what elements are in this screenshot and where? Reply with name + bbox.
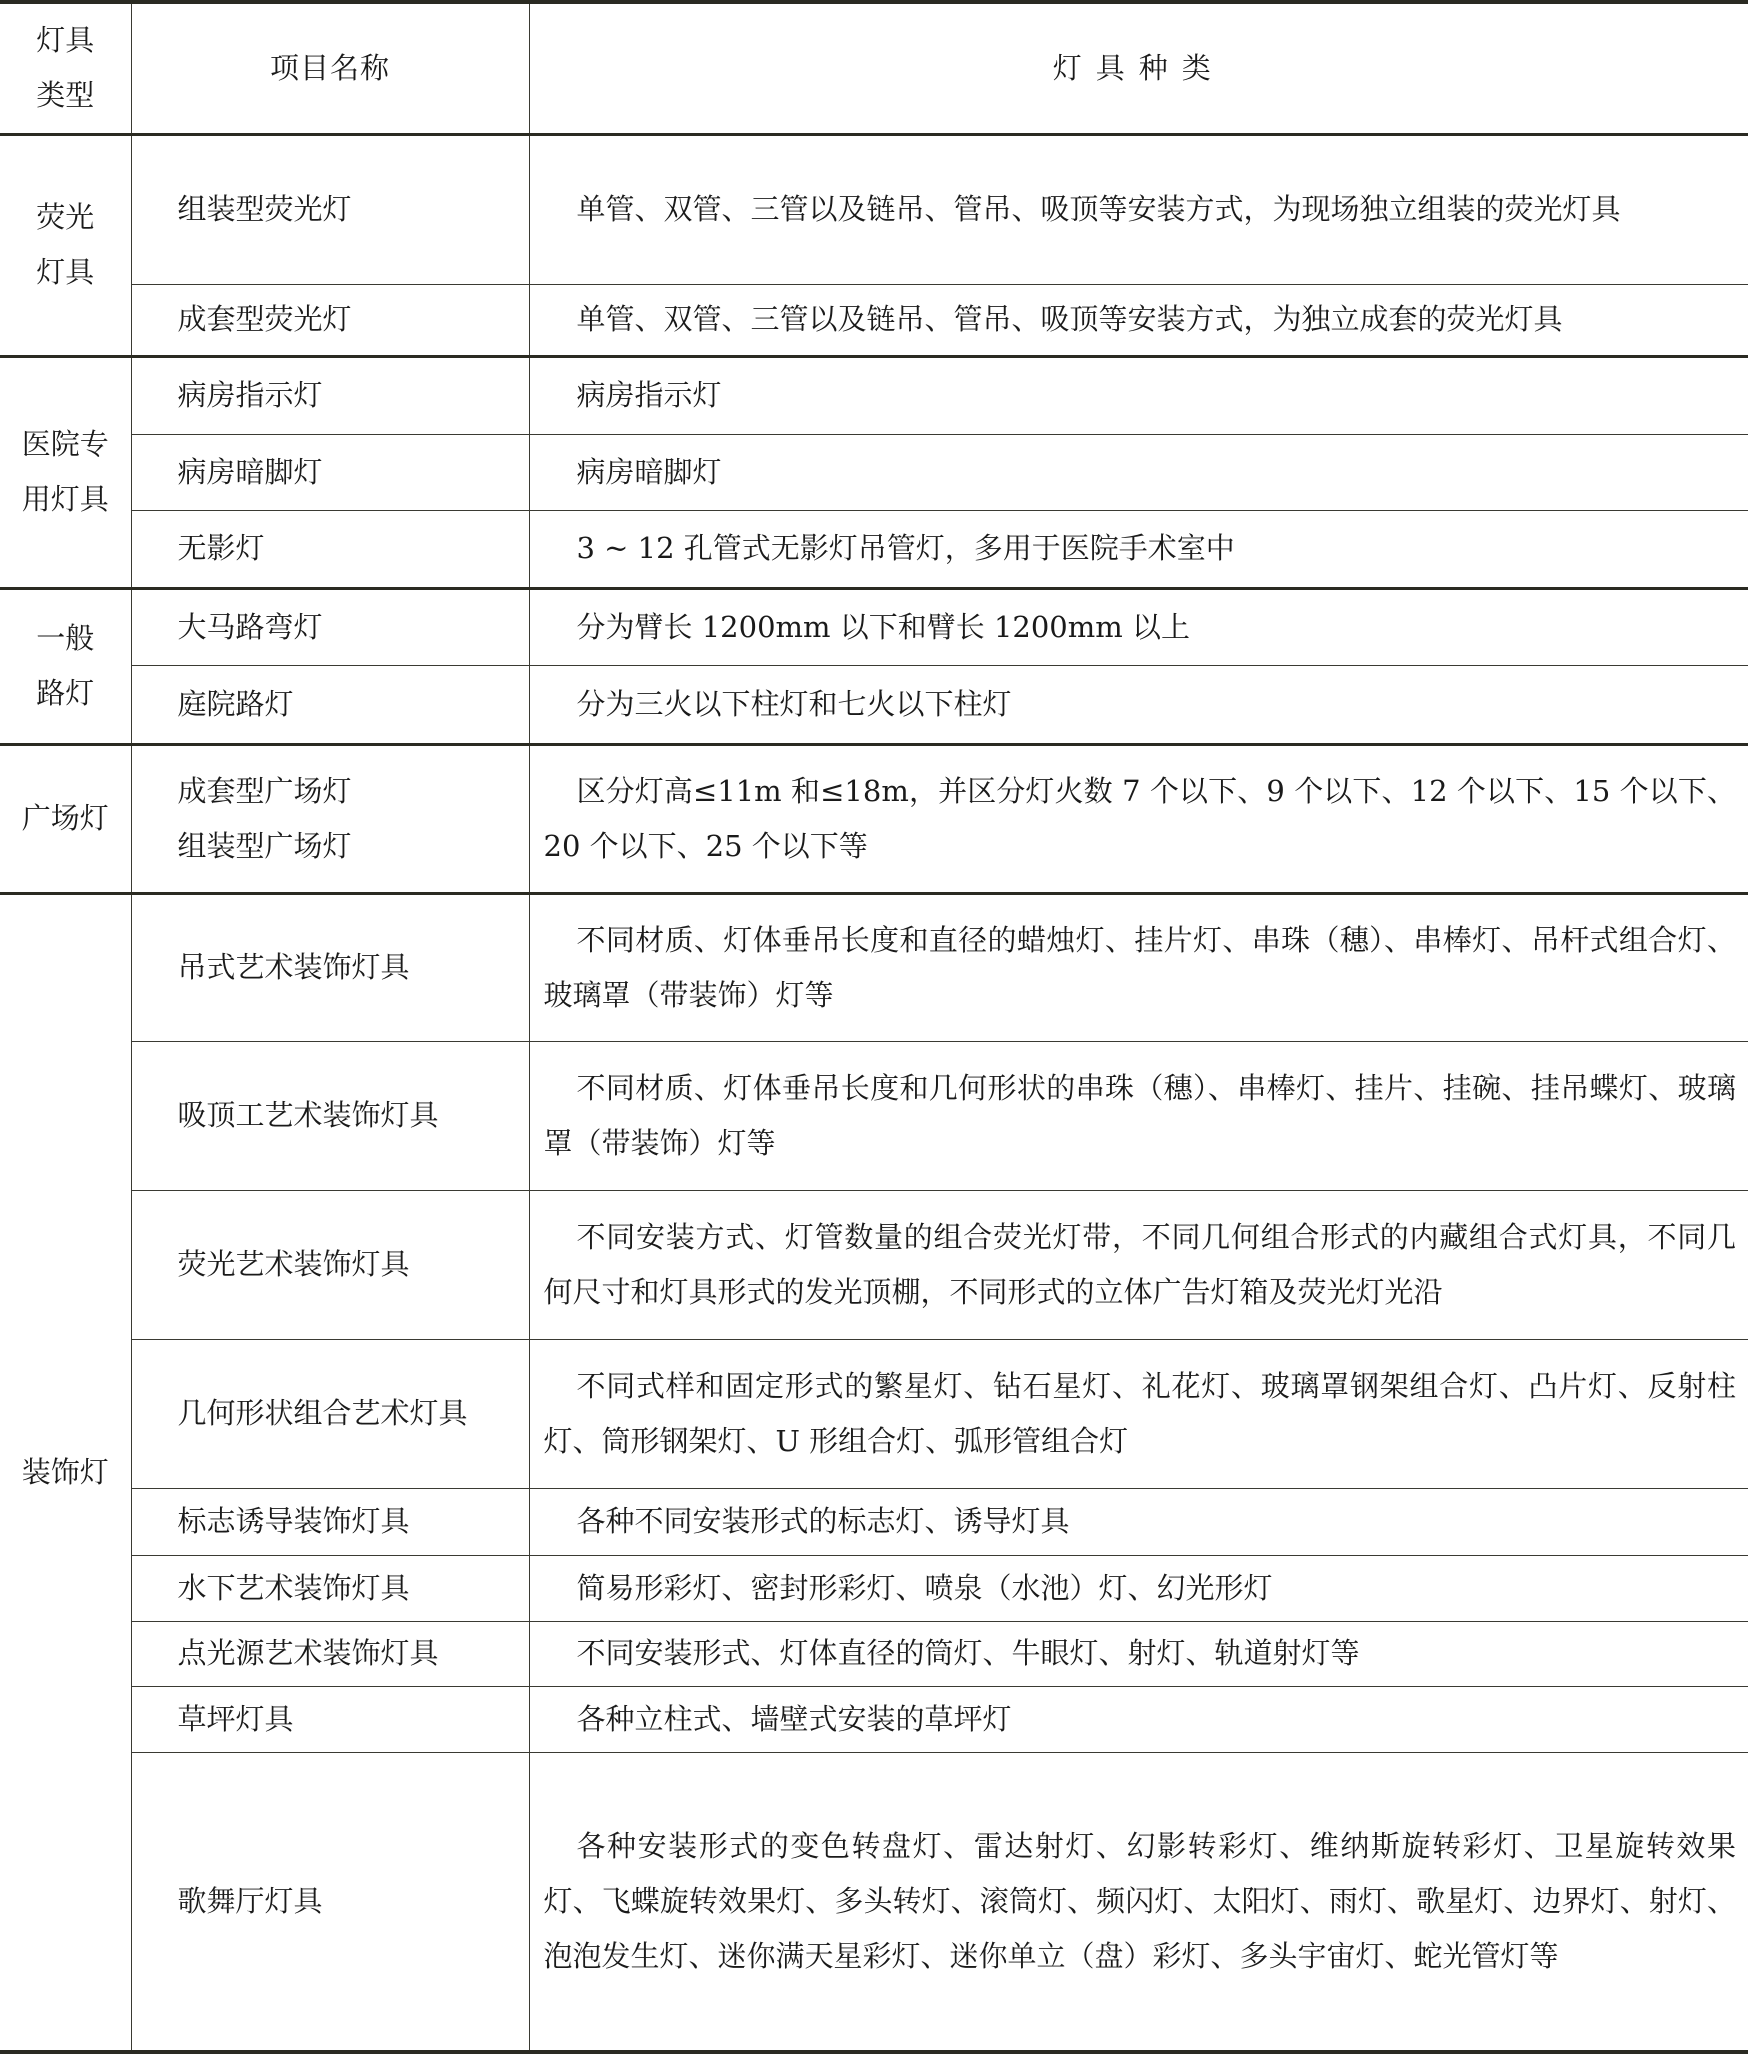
table-row: 荧光艺术装饰灯具 不同安装方式、灯管数量的组合荧光灯带，不同几何组合形式的内藏组… [0, 1190, 1748, 1339]
item-name: 吸顶工艺术装饰灯具 [132, 1088, 529, 1143]
item-desc-cell: 单管、双管、三管以及链吊、管吊、吸顶等安装方式，为独立成套的荧光灯具 [529, 284, 1748, 356]
item-name-cell: 吊式艺术装饰灯具 [131, 893, 529, 1041]
table-row: 广场灯 成套型广场灯 组装型广场灯 区分灯高≤11m 和≤18m，并区分灯火数 … [0, 744, 1748, 893]
table-row: 水下艺术装饰灯具 简易形彩灯、密封形彩灯、喷泉（水池）灯、幻光形灯 [0, 1555, 1748, 1621]
group-type-label: 荧光灯具 [0, 190, 131, 300]
header-name-cell: 项目名称 [131, 2, 529, 134]
header-kind-label: 灯具种类 [530, 41, 1748, 96]
item-name: 病房指示灯 [132, 368, 529, 423]
table-row: 病房暗脚灯 病房暗脚灯 [0, 434, 1748, 510]
table-row: 草坪灯具 各种立柱式、墙壁式安装的草坪灯 [0, 1686, 1748, 1752]
item-name-cell: 草坪灯具 [131, 1686, 529, 1752]
item-name: 吊式艺术装饰灯具 [132, 940, 529, 995]
item-name-cell: 组装型荧光灯 [131, 134, 529, 284]
header-kind-cell: 灯具种类 [529, 2, 1748, 134]
group-type-cell: 广场灯 [0, 744, 131, 893]
item-name-cell: 吸顶工艺术装饰灯具 [131, 1041, 529, 1190]
item-name-cell: 标志诱导装饰灯具 [131, 1488, 529, 1555]
item-desc-cell: 各种不同安装形式的标志灯、诱导灯具 [529, 1488, 1748, 1555]
item-desc-cell: 病房指示灯 [529, 356, 1748, 434]
group-type-label: 医院专用灯具 [0, 417, 131, 527]
item-desc-cell: 3 ~ 12 孔管式无影灯吊管灯，多用于医院手术室中 [529, 510, 1748, 588]
item-desc: 各种不同安装形式的标志灯、诱导灯具 [530, 1494, 1748, 1549]
item-name: 成套型荧光灯 [132, 292, 529, 347]
header-type-cell: 灯具类型 [0, 2, 131, 134]
group-type-label: 广场灯 [0, 791, 131, 846]
item-name-cell: 无影灯 [131, 510, 529, 588]
group-type-label: 装饰灯 [0, 1445, 131, 1500]
table-row: 医院专用灯具 病房指示灯 病房指示灯 [0, 356, 1748, 434]
item-name: 标志诱导装饰灯具 [132, 1494, 529, 1549]
item-desc-cell: 分为臂长 1200mm 以下和臂长 1200mm 以上 [529, 588, 1748, 665]
item-name-cell: 几何形状组合艺术灯具 [131, 1339, 529, 1488]
item-desc: 简易形彩灯、密封形彩灯、喷泉（水池）灯、幻光形灯 [530, 1561, 1748, 1616]
table-row: 吸顶工艺术装饰灯具 不同材质、灯体垂吊长度和几何形状的串珠（穗）、串棒灯、挂片、… [0, 1041, 1748, 1190]
item-desc-cell: 单管、双管、三管以及链吊、管吊、吸顶等安装方式，为现场独立组装的荧光灯具 [529, 134, 1748, 284]
item-desc: 病房暗脚灯 [530, 445, 1748, 500]
item-desc-cell: 不同安装形式、灯体直径的筒灯、牛眼灯、射灯、轨道射灯等 [529, 1621, 1748, 1686]
item-desc: 不同安装方式、灯管数量的组合荧光灯带，不同几何组合形式的内藏组合式灯具，不同几何… [530, 1210, 1748, 1320]
item-name: 点光源艺术装饰灯具 [132, 1626, 529, 1681]
item-desc: 不同材质、灯体垂吊长度和直径的蜡烛灯、挂片灯、串珠（穗）、串棒灯、吊杆式组合灯、… [530, 913, 1748, 1023]
item-name: 庭院路灯 [132, 677, 529, 732]
group-type-cell: 医院专用灯具 [0, 356, 131, 588]
item-name: 无影灯 [132, 521, 529, 576]
item-desc-cell: 分为三火以下柱灯和七火以下柱灯 [529, 665, 1748, 744]
table-row: 荧光灯具 组装型荧光灯 单管、双管、三管以及链吊、管吊、吸顶等安装方式，为现场独… [0, 134, 1748, 284]
item-name-cell: 病房暗脚灯 [131, 434, 529, 510]
item-name-cell: 点光源艺术装饰灯具 [131, 1621, 529, 1686]
group-type-cell: 装饰灯 [0, 893, 131, 2052]
item-desc-cell: 不同材质、灯体垂吊长度和直径的蜡烛灯、挂片灯、串珠（穗）、串棒灯、吊杆式组合灯、… [529, 893, 1748, 1041]
table-row: 标志诱导装饰灯具 各种不同安装形式的标志灯、诱导灯具 [0, 1488, 1748, 1555]
item-name: 歌舞厅灯具 [132, 1874, 529, 1929]
lamp-types-table: 灯具类型 项目名称 灯具种类 荧光灯具 组装型荧光灯 单管、双管、三管以及链吊、… [0, 0, 1748, 2054]
item-desc: 3 ~ 12 孔管式无影灯吊管灯，多用于医院手术室中 [530, 521, 1748, 576]
item-name-cell: 庭院路灯 [131, 665, 529, 744]
item-desc-cell: 区分灯高≤11m 和≤18m，并区分灯火数 7 个以下、9 个以下、12 个以下… [529, 744, 1748, 893]
item-name-cell: 成套型荧光灯 [131, 284, 529, 356]
item-name: 水下艺术装饰灯具 [132, 1561, 529, 1616]
group-type-cell: 一般路灯 [0, 588, 131, 744]
item-desc-cell: 不同材质、灯体垂吊长度和几何形状的串珠（穗）、串棒灯、挂片、挂碗、挂吊蝶灯、玻璃… [529, 1041, 1748, 1190]
item-desc-cell: 不同安装方式、灯管数量的组合荧光灯带，不同几何组合形式的内藏组合式灯具，不同几何… [529, 1190, 1748, 1339]
item-desc: 分为三火以下柱灯和七火以下柱灯 [530, 677, 1748, 732]
item-name: 荧光艺术装饰灯具 [132, 1237, 529, 1292]
item-desc-cell: 不同式样和固定形式的繁星灯、钻石星灯、礼花灯、玻璃罩钢架组合灯、凸片灯、反射柱灯… [529, 1339, 1748, 1488]
item-name-line: 组装型广场灯 [132, 819, 529, 874]
table-row: 一般路灯 大马路弯灯 分为臂长 1200mm 以下和臂长 1200mm 以上 [0, 588, 1748, 665]
item-desc: 各种立柱式、墙壁式安装的草坪灯 [530, 1692, 1748, 1747]
item-name-cell: 水下艺术装饰灯具 [131, 1555, 529, 1621]
item-desc: 不同材质、灯体垂吊长度和几何形状的串珠（穗）、串棒灯、挂片、挂碗、挂吊蝶灯、玻璃… [530, 1061, 1748, 1171]
item-desc: 单管、双管、三管以及链吊、管吊、吸顶等安装方式，为独立成套的荧光灯具 [530, 292, 1748, 347]
item-name: 组装型荧光灯 [132, 182, 529, 237]
header-type-label: 灯具类型 [0, 13, 131, 123]
item-desc-cell: 各种安装形式的变色转盘灯、雷达射灯、幻影转彩灯、维纳斯旋转彩灯、卫星旋转效果灯、… [529, 1752, 1748, 2052]
item-name-cell: 病房指示灯 [131, 356, 529, 434]
item-desc-cell: 各种立柱式、墙壁式安装的草坪灯 [529, 1686, 1748, 1752]
table-row: 无影灯 3 ~ 12 孔管式无影灯吊管灯，多用于医院手术室中 [0, 510, 1748, 588]
header-row: 灯具类型 项目名称 灯具种类 [0, 2, 1748, 134]
item-name-line: 成套型广场灯 [132, 764, 529, 819]
item-desc-cell: 简易形彩灯、密封形彩灯、喷泉（水池）灯、幻光形灯 [529, 1555, 1748, 1621]
item-desc: 各种安装形式的变色转盘灯、雷达射灯、幻影转彩灯、维纳斯旋转彩灯、卫星旋转效果灯、… [530, 1819, 1748, 1984]
item-name-cell: 荧光艺术装饰灯具 [131, 1190, 529, 1339]
item-name-cell: 成套型广场灯 组装型广场灯 [131, 744, 529, 893]
item-name: 病房暗脚灯 [132, 445, 529, 500]
item-desc: 单管、双管、三管以及链吊、管吊、吸顶等安装方式，为现场独立组装的荧光灯具 [530, 182, 1748, 237]
item-name: 草坪灯具 [132, 1692, 529, 1747]
item-name: 几何形状组合艺术灯具 [132, 1386, 529, 1441]
table-row: 装饰灯 吊式艺术装饰灯具 不同材质、灯体垂吊长度和直径的蜡烛灯、挂片灯、串珠（穗… [0, 893, 1748, 1041]
item-desc: 病房指示灯 [530, 368, 1748, 423]
table-row: 歌舞厅灯具 各种安装形式的变色转盘灯、雷达射灯、幻影转彩灯、维纳斯旋转彩灯、卫星… [0, 1752, 1748, 2052]
item-desc: 区分灯高≤11m 和≤18m，并区分灯火数 7 个以下、9 个以下、12 个以下… [530, 764, 1748, 874]
item-name-cell: 歌舞厅灯具 [131, 1752, 529, 2052]
table-row: 点光源艺术装饰灯具 不同安装形式、灯体直径的筒灯、牛眼灯、射灯、轨道射灯等 [0, 1621, 1748, 1686]
item-desc: 不同式样和固定形式的繁星灯、钻石星灯、礼花灯、玻璃罩钢架组合灯、凸片灯、反射柱灯… [530, 1359, 1748, 1469]
header-name-label: 项目名称 [132, 41, 529, 96]
item-name-cell: 大马路弯灯 [131, 588, 529, 665]
table-row: 几何形状组合艺术灯具 不同式样和固定形式的繁星灯、钻石星灯、礼花灯、玻璃罩钢架组… [0, 1339, 1748, 1488]
group-type-label: 一般路灯 [0, 611, 131, 721]
item-desc: 不同安装形式、灯体直径的筒灯、牛眼灯、射灯、轨道射灯等 [530, 1626, 1748, 1681]
item-desc: 分为臂长 1200mm 以下和臂长 1200mm 以上 [530, 600, 1748, 655]
item-name: 大马路弯灯 [132, 600, 529, 655]
table-row: 成套型荧光灯 单管、双管、三管以及链吊、管吊、吸顶等安装方式，为独立成套的荧光灯… [0, 284, 1748, 356]
group-type-cell: 荧光灯具 [0, 134, 131, 356]
table-row: 庭院路灯 分为三火以下柱灯和七火以下柱灯 [0, 665, 1748, 744]
item-desc-cell: 病房暗脚灯 [529, 434, 1748, 510]
